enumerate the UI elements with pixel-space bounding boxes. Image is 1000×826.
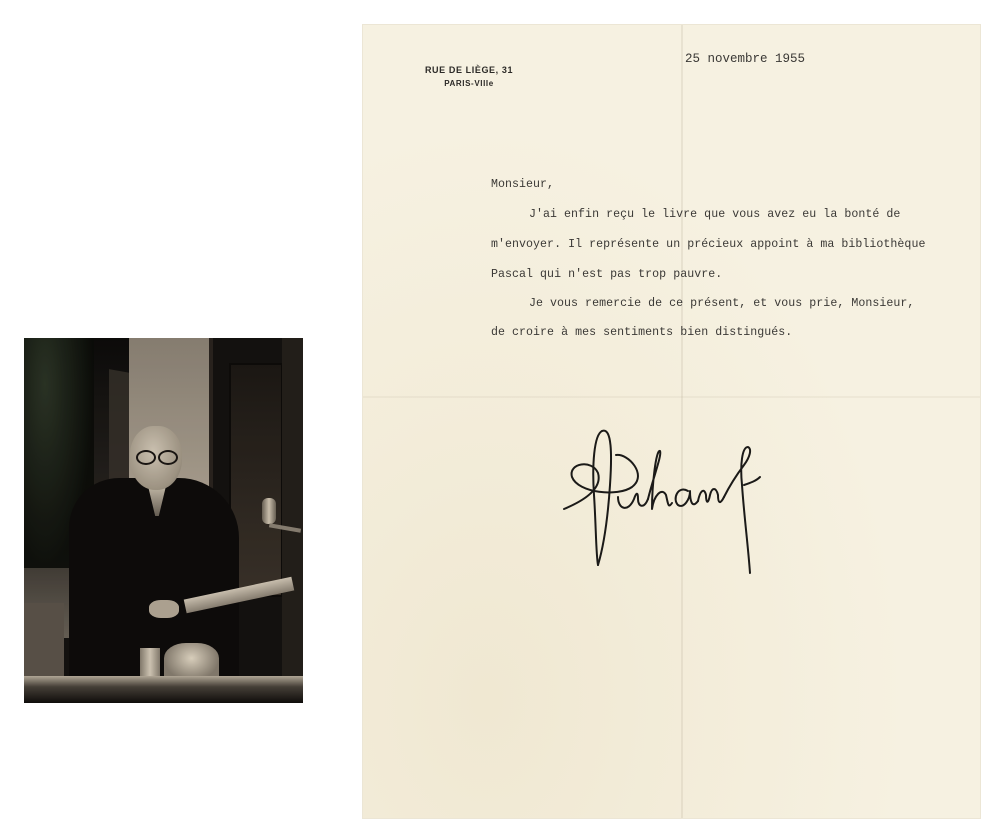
letterhead-city: PARIS-VIIIe: [409, 77, 529, 91]
letterhead-address: RUE DE LIÈGE, 31 PARIS-VIIIe: [409, 63, 529, 91]
letter-body-line-3: Pascal qui n'est pas trop pauvre.: [491, 268, 722, 281]
letter-body-line-4: Je vous remercie de ce présent, et vous …: [529, 297, 914, 310]
letter-body-line-2: m'envoyer. Il représente un précieux app…: [491, 238, 925, 251]
letter-salutation: Monsieur,: [491, 178, 554, 191]
handwritten-signature-icon: [558, 425, 798, 585]
letter-date: 25 novembre 1955: [685, 52, 805, 66]
portrait-photograph: [24, 338, 303, 703]
typed-letter: RUE DE LIÈGE, 31 PARIS-VIIIe 25 novembre…: [363, 25, 980, 818]
letterhead-street: RUE DE LIÈGE, 31: [409, 63, 529, 77]
letter-body-line-5: de croire à mes sentiments bien distingu…: [491, 326, 792, 339]
photo-sepia-tint: [24, 338, 303, 703]
letter-body-line-1: J'ai enfin reçu le livre que vous avez e…: [529, 208, 900, 221]
